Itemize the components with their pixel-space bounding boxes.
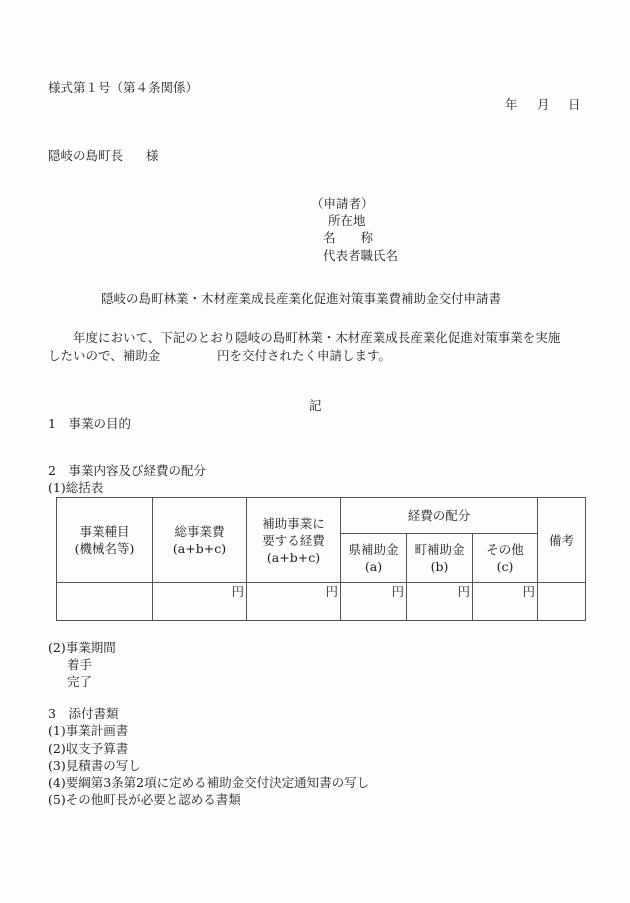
applicant-address-label: 所在地 [328,213,366,229]
cell-pref-subsidy[interactable]: 円 [341,583,407,621]
addressee-name: 隠岐の島町長 [48,148,123,164]
applicant-heading: （申請者） [311,196,374,212]
cell-subsidized[interactable]: 円 [247,583,341,621]
period-start: 着手 [67,657,92,673]
period-heading: (2)事業期間 [48,640,116,656]
date-month: 月 [537,97,550,113]
table-row: 円 円 円 円 円 [57,583,586,621]
body-line-2b: 円を交付されたく申請します。 [217,348,391,364]
section-2-heading: 2 事業内容及び経費の配分 [48,463,206,479]
ki-heading: 記 [309,398,322,414]
attachment-item: (2)収支予算書 [48,741,128,757]
document-title: 隠岐の島町林業・木材産業成長産業化促進対策事業費補助金交付申請書 [101,291,501,307]
header-item: 事業種目 (機械名等) [57,498,153,583]
date-day: 日 [568,97,581,113]
cell-other[interactable]: 円 [473,583,538,621]
section-2-subheading: (1)総括表 [48,480,103,496]
period-end: 完了 [67,674,92,690]
header-allocation: 経費の配分 [341,498,538,534]
form-number: 様式第１号（第４条関係） [48,80,198,96]
cell-item[interactable] [57,583,153,621]
body-line-1: 年度において、下記のとおり隠岐の島町林業・木材産業成長産業化促進対策事業を実施 [48,330,560,346]
cell-total[interactable]: 円 [153,583,247,621]
header-remarks: 備考 [538,498,586,583]
addressee-honorific: 様 [146,148,159,164]
attachment-item: (5)その他町長が必要と認める書類 [48,792,241,808]
attachment-item: (3)見積書の写し [48,758,141,774]
date-year: 年 [505,97,518,113]
applicant-representative-label: 代表者職氏名 [323,248,398,264]
attachment-item: (1)事業計画書 [48,723,128,739]
section-3-heading: 3 添付書類 [48,706,118,722]
header-subsidized: 補助事業に 要する経費 (a+b+c) [247,498,341,583]
header-total: 総事業費 (a+b+c) [153,498,247,583]
header-other: その他 (c) [473,534,538,583]
header-pref-subsidy: 県補助金 (a) [341,534,407,583]
applicant-name-label: 名 称 [323,230,373,246]
cell-town-subsidy[interactable]: 円 [407,583,473,621]
section-1-heading: 1 事業の目的 [48,416,131,432]
header-town-subsidy: 町補助金 (b) [407,534,473,583]
attachment-item: (4)要綱第3条第2項に定める補助金交付決定通知書の写し [48,775,369,791]
cell-remarks[interactable] [538,583,586,621]
summary-table: 事業種目 (機械名等) 総事業費 (a+b+c) 補助事業に 要する経費 (a+… [56,497,586,621]
body-line-2a: したいので、補助金 [48,348,160,364]
